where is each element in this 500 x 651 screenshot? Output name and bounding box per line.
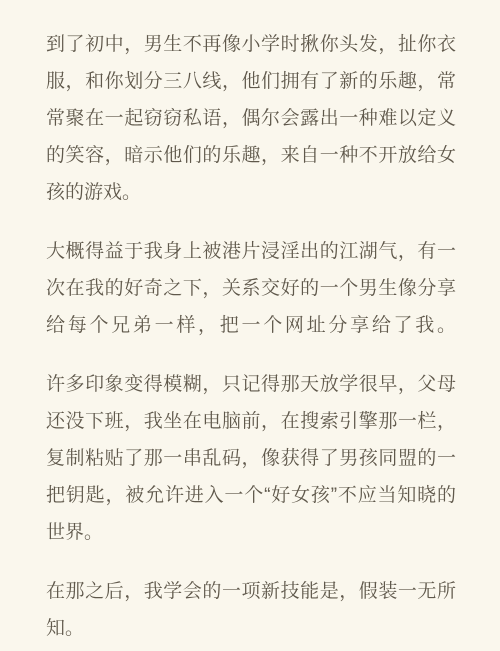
text-line: 常聚在一起窃窃私语，偶尔会露出一种难以定义 [46, 100, 456, 137]
text-line: 次在我的好奇之下，关系交好的一个男生像分享 [46, 270, 456, 307]
text-line: 许多印象变得模糊，只记得那天放学很早，父母 [46, 366, 456, 403]
article-text: 到了初中，男生不再像小学时揪你头发，扯你衣服，和你划分三八线，他们拥有了新的乐趣… [46, 26, 456, 647]
article-page: 到了初中，男生不再像小学时揪你头发，扯你衣服，和你划分三八线，他们拥有了新的乐趣… [0, 0, 500, 651]
paragraph: 在那之后，我学会的一项新技能是，假装一无所知。 [46, 573, 456, 647]
text-line: 服，和你划分三八线，他们拥有了新的乐趣，常 [46, 63, 456, 100]
text-line: 孩的游戏。 [46, 174, 456, 211]
text-line: 大概得益于我身上被港片浸淫出的江湖气，有一 [46, 233, 456, 270]
paragraph: 大概得益于我身上被港片浸淫出的江湖气，有一次在我的好奇之下，关系交好的一个男生像… [46, 233, 456, 344]
text-line: 复制粘贴了那一串乱码，像获得了男孩同盟的一 [46, 440, 456, 477]
text-line: 的笑容，暗示他们的乐趣，来自一种不开放给女 [46, 137, 456, 174]
text-line: 给每个兄弟一样，把一个网址分享给了我。 [46, 307, 456, 344]
paragraph: 到了初中，男生不再像小学时揪你头发，扯你衣服，和你划分三八线，他们拥有了新的乐趣… [46, 26, 456, 211]
text-line: 还没下班，我坐在电脑前，在搜索引擎那一栏， [46, 403, 456, 440]
text-line: 知。 [46, 610, 456, 647]
paragraph: 许多印象变得模糊，只记得那天放学很早，父母还没下班，我坐在电脑前，在搜索引擎那一… [46, 366, 456, 551]
text-line: 把钥匙，被允许进入一个“好女孩”不应当知晓的 [46, 477, 456, 514]
text-line: 到了初中，男生不再像小学时揪你头发，扯你衣 [46, 26, 456, 63]
text-line: 世界。 [46, 514, 456, 551]
text-line: 在那之后，我学会的一项新技能是，假装一无所 [46, 573, 456, 610]
